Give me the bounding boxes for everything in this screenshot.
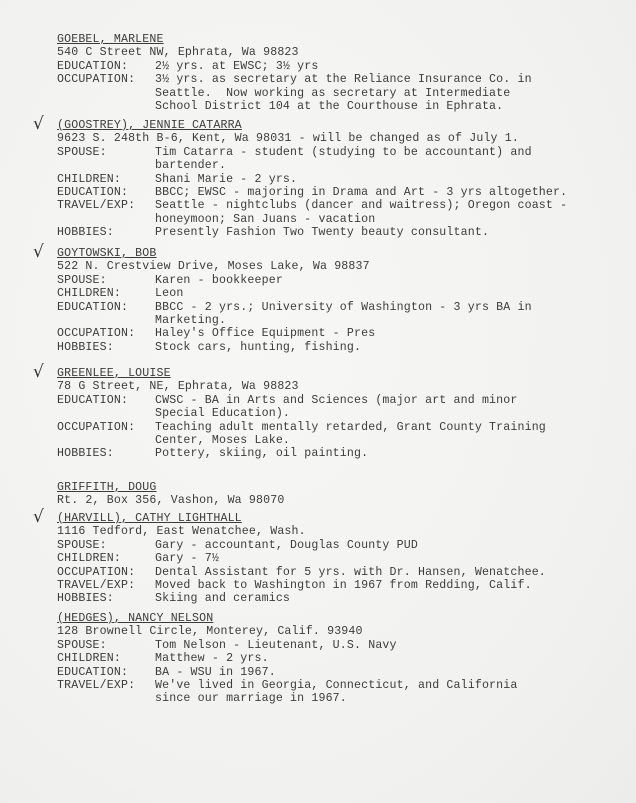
field-value: Karen - bookkeeper (155, 274, 627, 287)
field-value: Skiing and ceramics (155, 592, 627, 605)
entry-field-row: CHILDREN:Leon (57, 287, 627, 300)
entry-field-row: bartender. (57, 159, 627, 172)
entry-field-row: HOBBIES:Skiing and ceramics (57, 592, 627, 605)
field-value: BBCC - 2 yrs.; University of Washington … (155, 301, 627, 314)
field-label (57, 692, 155, 705)
field-label: HOBBIES: (57, 226, 155, 239)
field-value: BA - WSU in 1967. (155, 666, 627, 679)
field-value: Marketing. (155, 314, 627, 327)
field-label: OCCUPATION: (57, 73, 155, 86)
field-value: School District 104 at the Courthouse in… (155, 100, 627, 113)
entry-field-row: School District 104 at the Courthouse in… (57, 100, 627, 113)
field-label: CHILDREN: (57, 552, 155, 565)
field-label: SPOUSE: (57, 274, 155, 287)
field-value: Center, Moses Lake. (155, 434, 627, 447)
field-label (57, 213, 155, 226)
directory-entry: GOEBEL, MARLENE540 C Street NW, Ephrata,… (57, 33, 627, 113)
entry-name: (GOOSTREY), JENNIE CATARRA (57, 119, 627, 132)
entry-field-row: Special Education). (57, 407, 627, 420)
directory-entry: √GREENLEE, LOUISE78 G Street, NE, Ephrat… (57, 367, 627, 461)
entry-field-row: CHILDREN:Shani Marie - 2 yrs. (57, 173, 627, 186)
field-value: Special Education). (155, 407, 627, 420)
entry-field-row: since our marriage in 1967. (57, 692, 627, 705)
field-label: SPOUSE: (57, 639, 155, 652)
entry-address: 9623 S. 248th B-6, Kent, Wa 98031 - will… (57, 132, 627, 145)
entry-address: 540 C Street NW, Ephrata, Wa 98823 (57, 46, 627, 59)
check-mark-icon: √ (33, 114, 44, 134)
entry-field-row: SPOUSE:Karen - bookkeeper (57, 274, 627, 287)
field-label (57, 87, 155, 100)
entry-address: 78 G Street, NE, Ephrata, Wa 98823 (57, 380, 627, 393)
entry-field-row: TRAVEL/EXP:Moved back to Washington in 1… (57, 579, 627, 592)
entry-address: 1116 Tedford, East Wenatchee, Wash. (57, 525, 627, 538)
field-value: 2½ yrs. at EWSC; 3½ yrs (155, 60, 627, 73)
field-value: Haley's Office Equipment - Pres (155, 327, 627, 340)
check-mark-icon: √ (33, 507, 44, 527)
entry-field-row: SPOUSE:Tom Nelson - Lieutenant, U.S. Nav… (57, 639, 627, 652)
field-label: OCCUPATION: (57, 421, 155, 434)
entry-field-row: Seattle. Now working as secretary at Int… (57, 87, 627, 100)
entry-field-row: SPOUSE:Gary - accountant, Douglas County… (57, 539, 627, 552)
entry-field-row: CHILDREN:Matthew - 2 yrs. (57, 652, 627, 665)
field-label: OCCUPATION: (57, 327, 155, 340)
field-value: Teaching adult mentally retarded, Grant … (155, 421, 627, 434)
field-label: TRAVEL/EXP: (57, 579, 155, 592)
field-value: Moved back to Washington in 1967 from Re… (155, 579, 627, 592)
field-label: SPOUSE: (57, 539, 155, 552)
field-value: BBCC; EWSC - majoring in Drama and Art -… (155, 186, 627, 199)
entry-name: GRIFFITH, DOUG (57, 481, 627, 494)
field-value: Tom Nelson - Lieutenant, U.S. Navy (155, 639, 627, 652)
field-label: EDUCATION: (57, 60, 155, 73)
directory-entry: (HEDGES), NANCY NELSON128 Brownell Circl… (57, 612, 627, 706)
field-label (57, 159, 155, 172)
field-label: TRAVEL/EXP: (57, 199, 155, 212)
field-value: Shani Marie - 2 yrs. (155, 173, 627, 186)
field-value: Stock cars, hunting, fishing. (155, 341, 627, 354)
entry-field-row: TRAVEL/EXP:Seattle - nightclubs (dancer … (57, 199, 627, 212)
entry-field-row: EDUCATION:BBCC; EWSC - majoring in Drama… (57, 186, 627, 199)
field-value: Tim Catarra - student (studying to be ac… (155, 146, 627, 159)
entry-field-row: EDUCATION:CWSC - BA in Arts and Sciences… (57, 394, 627, 407)
directory-entry: GRIFFITH, DOUGRt. 2, Box 356, Vashon, Wa… (57, 481, 627, 508)
field-label (57, 314, 155, 327)
entry-address: 522 N. Crestview Drive, Moses Lake, Wa 9… (57, 260, 627, 273)
entry-field-row: EDUCATION:BBCC - 2 yrs.; University of W… (57, 301, 627, 314)
entry-name: (HEDGES), NANCY NELSON (57, 612, 627, 625)
entry-field-row: HOBBIES:Presently Fashion Two Twenty bea… (57, 226, 627, 239)
entry-name: GREENLEE, LOUISE (57, 367, 627, 380)
typewritten-page: GOEBEL, MARLENE540 C Street NW, Ephrata,… (0, 0, 636, 803)
entry-name: GOYTOWSKI, BOB (57, 247, 627, 260)
directory-entry: √GOYTOWSKI, BOB522 N. Crestview Drive, M… (57, 247, 627, 354)
field-label: HOBBIES: (57, 592, 155, 605)
field-value: Pottery, skiing, oil painting. (155, 447, 627, 460)
entry-field-row: TRAVEL/EXP:We've lived in Georgia, Conne… (57, 679, 627, 692)
field-value: Gary - 7½ (155, 552, 627, 565)
entry-name: GOEBEL, MARLENE (57, 33, 627, 46)
field-label: CHILDREN: (57, 287, 155, 300)
field-label: HOBBIES: (57, 341, 155, 354)
directory-entry: √(GOOSTREY), JENNIE CATARRA9623 S. 248th… (57, 119, 627, 240)
field-value: bartender. (155, 159, 627, 172)
entry-field-row: honeymoon; San Juans - vacation (57, 213, 627, 226)
entry-field-row: EDUCATION:2½ yrs. at EWSC; 3½ yrs (57, 60, 627, 73)
field-label: EDUCATION: (57, 394, 155, 407)
field-label (57, 407, 155, 420)
directory-entry: √(HARVILL), CATHY LIGHTHALL1116 Tedford,… (57, 512, 627, 606)
entry-field-row: Center, Moses Lake. (57, 434, 627, 447)
field-value: Dental Assistant for 5 yrs. with Dr. Han… (155, 566, 627, 579)
entry-address: 128 Brownell Circle, Monterey, Calif. 93… (57, 625, 627, 638)
field-label (57, 434, 155, 447)
field-value: since our marriage in 1967. (155, 692, 627, 705)
entry-field-row: OCCUPATION:Haley's Office Equipment - Pr… (57, 327, 627, 340)
entry-field-row: SPOUSE:Tim Catarra - student (studying t… (57, 146, 627, 159)
entry-field-row: HOBBIES:Pottery, skiing, oil painting. (57, 447, 627, 460)
check-mark-icon: √ (33, 242, 44, 262)
field-value: Leon (155, 287, 627, 300)
field-label: EDUCATION: (57, 186, 155, 199)
field-label: EDUCATION: (57, 301, 155, 314)
entry-field-row: HOBBIES:Stock cars, hunting, fishing. (57, 341, 627, 354)
field-label: OCCUPATION: (57, 566, 155, 579)
field-value: Gary - accountant, Douglas County PUD (155, 539, 627, 552)
field-value: We've lived in Georgia, Connecticut, and… (155, 679, 627, 692)
field-label (57, 100, 155, 113)
field-label: TRAVEL/EXP: (57, 679, 155, 692)
field-value: Seattle - nightclubs (dancer and waitres… (155, 199, 627, 212)
field-label: EDUCATION: (57, 666, 155, 679)
field-value: 3½ yrs. as secretary at the Reliance Ins… (155, 73, 627, 86)
field-label: CHILDREN: (57, 652, 155, 665)
entry-address: Rt. 2, Box 356, Vashon, Wa 98070 (57, 494, 627, 507)
field-label: SPOUSE: (57, 146, 155, 159)
entry-name: (HARVILL), CATHY LIGHTHALL (57, 512, 627, 525)
entry-field-row: OCCUPATION:3½ yrs. as secretary at the R… (57, 73, 627, 86)
field-value: Seattle. Now working as secretary at Int… (155, 87, 627, 100)
field-label: HOBBIES: (57, 447, 155, 460)
entry-field-row: Marketing. (57, 314, 627, 327)
field-value: Presently Fashion Two Twenty beauty cons… (155, 226, 627, 239)
entry-field-row: OCCUPATION:Dental Assistant for 5 yrs. w… (57, 566, 627, 579)
field-value: CWSC - BA in Arts and Sciences (major ar… (155, 394, 627, 407)
check-mark-icon: √ (33, 362, 44, 382)
field-label: CHILDREN: (57, 173, 155, 186)
field-value: honeymoon; San Juans - vacation (155, 213, 627, 226)
entry-field-row: OCCUPATION:Teaching adult mentally retar… (57, 421, 627, 434)
entry-field-row: CHILDREN:Gary - 7½ (57, 552, 627, 565)
entry-field-row: EDUCATION:BA - WSU in 1967. (57, 666, 627, 679)
field-value: Matthew - 2 yrs. (155, 652, 627, 665)
